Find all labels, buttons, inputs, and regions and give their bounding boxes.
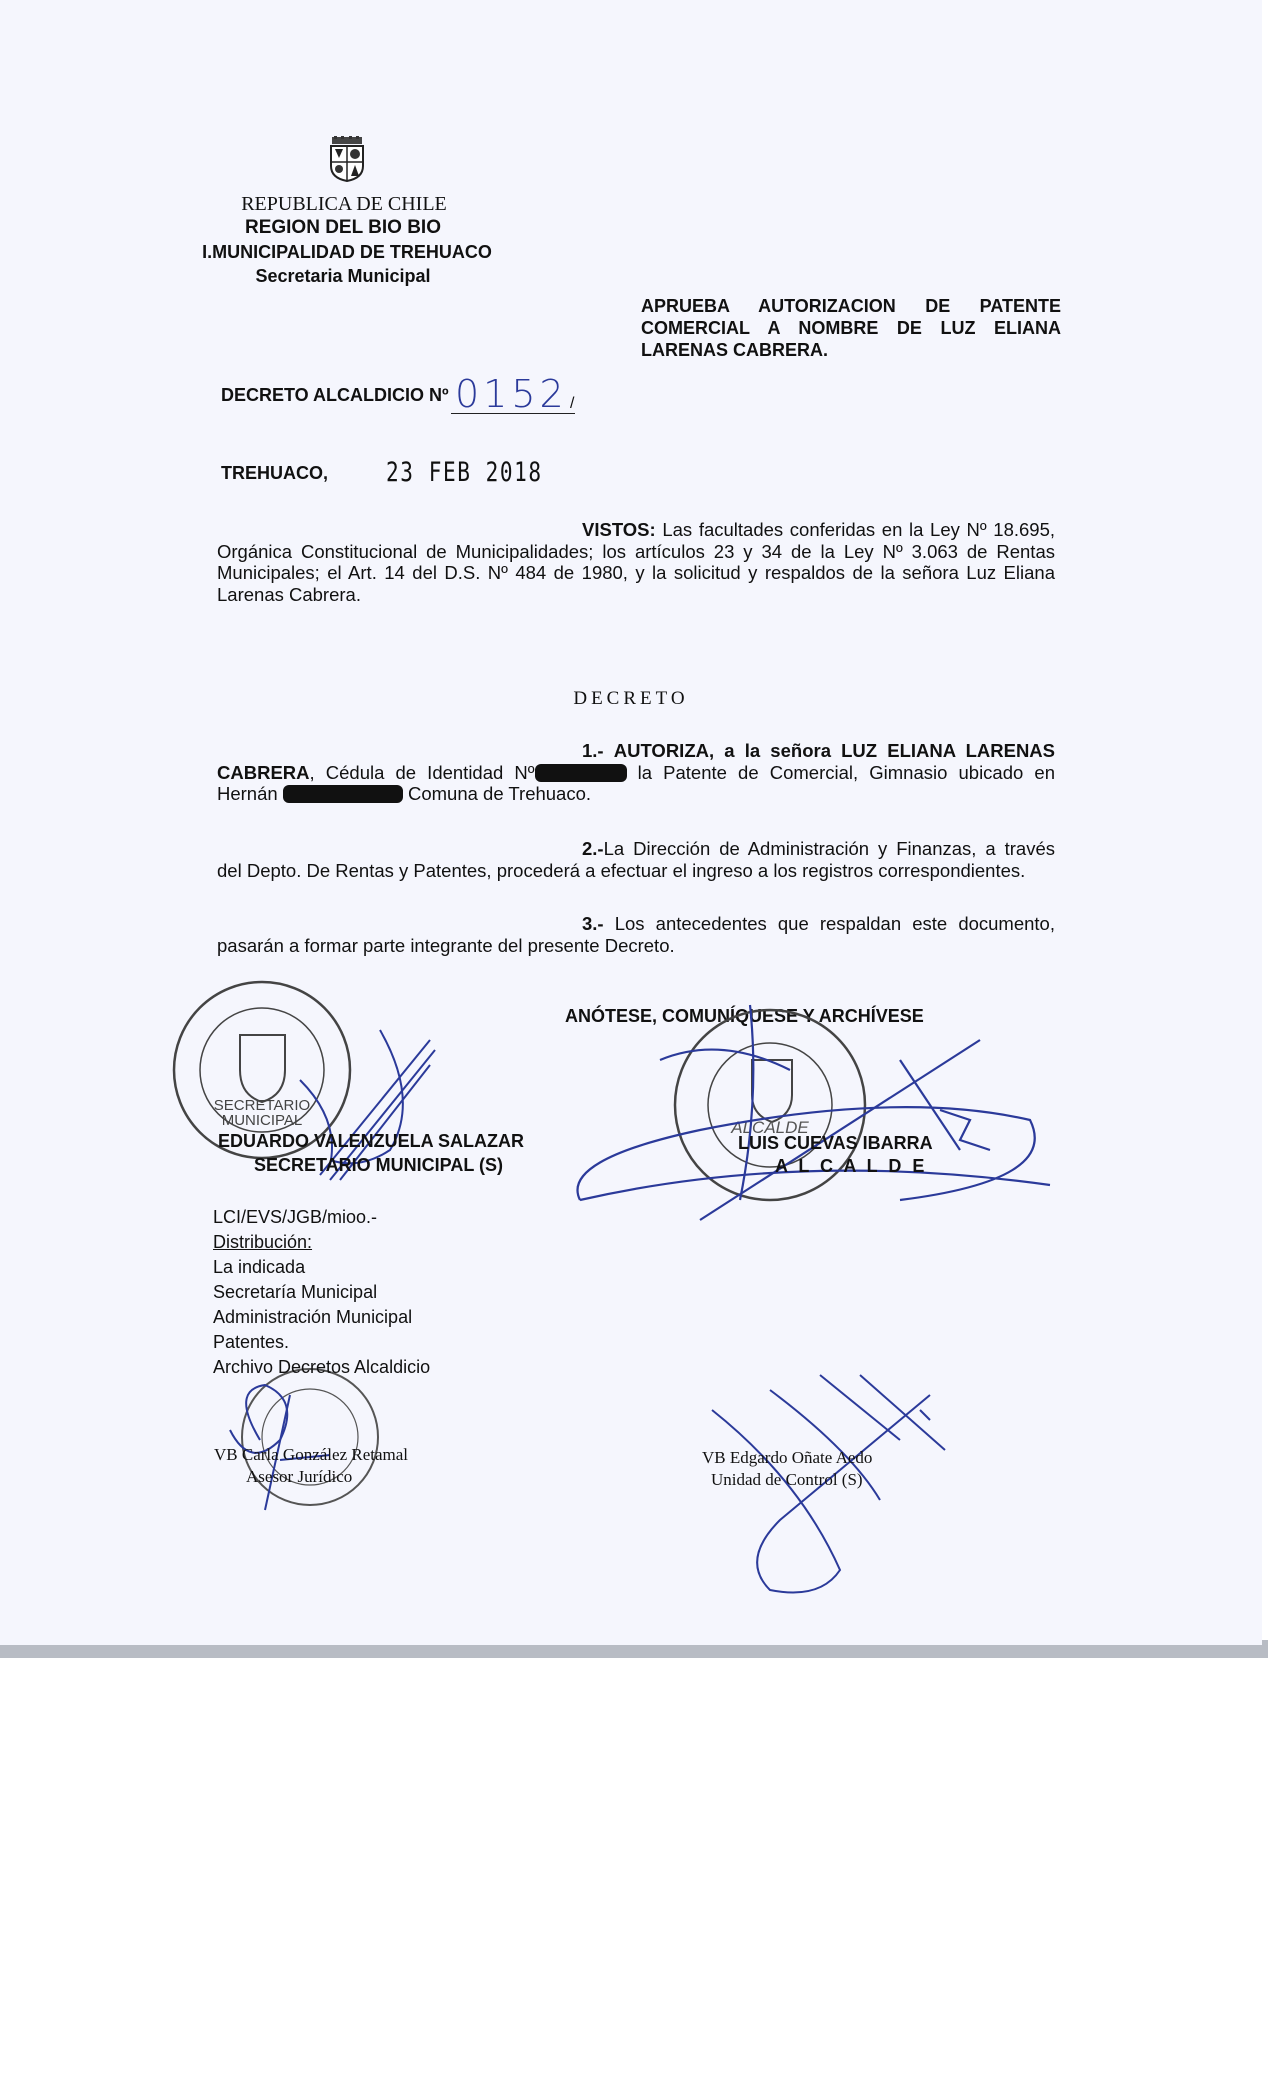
mayor-title: A L C A L D E — [775, 1156, 927, 1177]
stamps-and-signatures: SECRETARIO MUNICIPAL ALCALDE — [0, 0, 1262, 1645]
approval-legal: VB Carla González Retamal Asesor Jurídic… — [214, 1444, 408, 1488]
secretary-title: SECRETARIO MUNICIPAL (S) — [254, 1155, 503, 1176]
approval-legal-role: Asesor Jurídico — [214, 1466, 408, 1488]
approval-control-role: Unidad de Control (S) — [702, 1469, 872, 1491]
distribution-heading: Distribución: — [213, 1230, 430, 1255]
approval-legal-name: VB Carla González Retamal — [214, 1444, 408, 1466]
approval-control-name: VB Edgardo Oñate Aedo — [702, 1447, 872, 1469]
distribution-item: La indicada — [213, 1255, 430, 1280]
distribution-block: LCI/EVS/JGB/mioo.- Distribución: La indi… — [213, 1205, 430, 1380]
distribution-initials: LCI/EVS/JGB/mioo.- — [213, 1205, 430, 1230]
distribution-item: Secretaría Municipal — [213, 1280, 430, 1305]
distribution-item: Administración Municipal — [213, 1305, 430, 1330]
mayor-signature — [578, 1005, 1051, 1220]
distribution-item: Archivo Decretos Alcaldicio — [213, 1355, 430, 1380]
document-page: REPUBLICA DE CHILE REGION DEL BIO BIO I.… — [0, 0, 1262, 1645]
distribution-item: Patentes. — [213, 1330, 430, 1355]
secretary-name: EDUARDO VALENZUELA SALAZAR — [218, 1131, 524, 1152]
mayor-name: LUIS CUEVAS IBARRA — [738, 1133, 933, 1154]
approval-control: VB Edgardo Oñate Aedo Unidad de Control … — [702, 1447, 872, 1491]
svg-text:MUNICIPAL: MUNICIPAL — [222, 1112, 303, 1129]
